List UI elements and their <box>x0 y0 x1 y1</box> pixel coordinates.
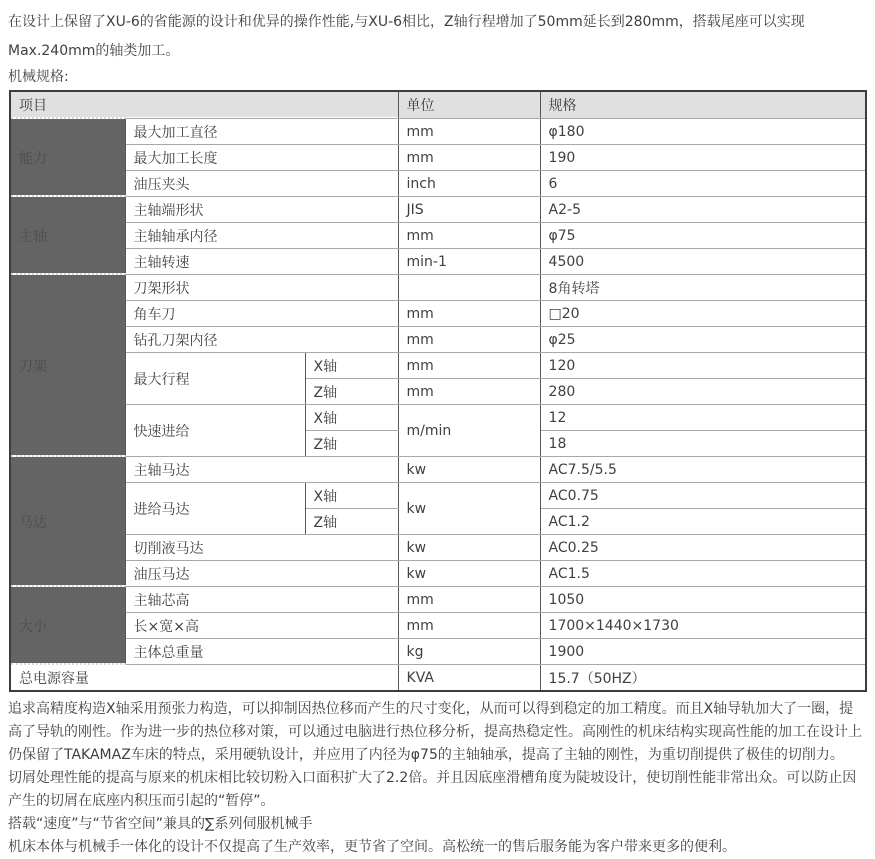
intro-paragraph: 在设计上保留了XU-6的省能源的设计和优异的操作性能,与XU-6相比，Z轴行程增… <box>8 8 867 66</box>
spec-cell: 1900 <box>540 638 866 664</box>
table-row: 刀架 刀架形状 8角转塔 <box>10 274 866 300</box>
table-row: 油压夹头 inch 6 <box>10 170 866 196</box>
spec-cell: 1050 <box>540 586 866 612</box>
unit-cell: kw <box>398 482 540 534</box>
item-cell: 主轴芯高 <box>125 586 398 612</box>
table-row: 角车刀 mm □20 <box>10 300 866 326</box>
table-row: 油压马达 kw AC1.5 <box>10 560 866 586</box>
header-item: 项目 <box>10 91 398 118</box>
chip-handling-paragraph: 切屑处理性能的提高与原来的机床相比较切粉入口面积扩大了2.2倍。并且因底座滑槽角… <box>8 767 867 813</box>
unit-cell: kw <box>398 560 540 586</box>
axis-cell: X轴 <box>305 482 398 508</box>
unit-cell: kw <box>398 456 540 482</box>
spec-cell: 190 <box>540 144 866 170</box>
spec-cell: φ25 <box>540 326 866 352</box>
item-cell: 主轴端形状 <box>125 196 398 222</box>
table-header-row: 项目 单位 规格 <box>10 91 866 118</box>
spec-cell: □20 <box>540 300 866 326</box>
axis-cell: Z轴 <box>305 508 398 534</box>
table-row: 主轴轴承内径 mm φ75 <box>10 222 866 248</box>
unit-cell <box>398 274 540 300</box>
item-cell: 切削液马达 <box>125 534 398 560</box>
item-cell: 主轴轴承内径 <box>125 222 398 248</box>
unit-cell: mm <box>398 612 540 638</box>
table-row: 最大行程 X轴 mm 120 <box>10 352 866 378</box>
item-cell: 油压夹头 <box>125 170 398 196</box>
item-cell: 进给马达 <box>125 482 305 534</box>
unit-cell: mm <box>398 352 540 378</box>
table-row: 主体总重量 kg 1900 <box>10 638 866 664</box>
spec-cell: 1700×1440×1730 <box>540 612 866 638</box>
axis-cell: X轴 <box>305 352 398 378</box>
group-cell-motor: 马达 <box>10 456 125 586</box>
unit-cell: KVA <box>398 664 540 691</box>
spec-cell: A2-5 <box>540 196 866 222</box>
table-row: 进给马达 X轴 kw AC0.75 <box>10 482 866 508</box>
spec-cell: 120 <box>540 352 866 378</box>
table-row: 总电源容量 KVA 15.7（50HZ） <box>10 664 866 691</box>
spec-cell: AC1.2 <box>540 508 866 534</box>
axis-cell: X轴 <box>305 404 398 430</box>
unit-cell: mm <box>398 144 540 170</box>
servo-loader-paragraph: 搭载“速度”与“节省空间”兼具的∑系列伺服机械手 <box>8 813 867 836</box>
axis-cell: Z轴 <box>305 430 398 456</box>
item-cell: 主轴马达 <box>125 456 398 482</box>
unit-cell: m/min <box>398 404 540 456</box>
group-cell-turret: 刀架 <box>10 274 125 456</box>
item-cell: 钻孔刀架内径 <box>125 326 398 352</box>
table-row: 快速进给 X轴 m/min 12 <box>10 404 866 430</box>
spec-cell: AC1.5 <box>540 560 866 586</box>
spec-page: 在设计上保留了XU-6的省能源的设计和优异的操作性能,与XU-6相比，Z轴行程增… <box>0 0 875 859</box>
unit-cell: kg <box>398 638 540 664</box>
group-cell-spindle: 主轴 <box>10 196 125 274</box>
unit-cell: mm <box>398 118 540 144</box>
axis-cell: Z轴 <box>305 378 398 404</box>
unit-cell: mm <box>398 222 540 248</box>
item-cell: 油压马达 <box>125 560 398 586</box>
precision-paragraph: 追求高精度构造X轴采用预张力构造，可以抑制因热位移而产生的尺寸变化，从而可以得到… <box>8 698 867 767</box>
machine-spec-table: 项目 单位 规格 能力 最大加工直径 mm φ180 最大加工长度 mm 190… <box>9 90 867 692</box>
group-cell-capability: 能力 <box>10 118 125 196</box>
spec-cell: 8角转塔 <box>540 274 866 300</box>
table-row: 最大加工长度 mm 190 <box>10 144 866 170</box>
item-cell: 最大加工长度 <box>125 144 398 170</box>
table-row: 能力 最大加工直径 mm φ180 <box>10 118 866 144</box>
header-unit: 单位 <box>398 91 540 118</box>
item-cell: 角车刀 <box>125 300 398 326</box>
table-row: 主轴 主轴端形状 JIS A2-5 <box>10 196 866 222</box>
table-row: 大小 主轴芯高 mm 1050 <box>10 586 866 612</box>
spec-cell: 12 <box>540 404 866 430</box>
unit-cell: mm <box>398 326 540 352</box>
item-cell: 总电源容量 <box>10 664 398 691</box>
item-cell: 主轴转速 <box>125 248 398 274</box>
item-cell: 刀架形状 <box>125 274 398 300</box>
item-cell: 长×宽×高 <box>125 612 398 638</box>
table-label: 机械规格: <box>8 66 867 88</box>
integration-paragraph: 机床本体与机械手一体化的设计不仅提高了生产效率，更节省了空间。高松统一的售后服务… <box>8 836 867 859</box>
item-cell: 最大行程 <box>125 352 305 404</box>
spec-cell: 280 <box>540 378 866 404</box>
header-spec: 规格 <box>540 91 866 118</box>
unit-cell: kw <box>398 534 540 560</box>
item-cell: 快速进给 <box>125 404 305 456</box>
spec-cell: 15.7（50HZ） <box>540 664 866 691</box>
spec-cell: 6 <box>540 170 866 196</box>
group-cell-size: 大小 <box>10 586 125 664</box>
spec-cell: 4500 <box>540 248 866 274</box>
table-row: 长×宽×高 mm 1700×1440×1730 <box>10 612 866 638</box>
spec-cell: φ180 <box>540 118 866 144</box>
spec-cell: AC0.25 <box>540 534 866 560</box>
unit-cell: mm <box>398 378 540 404</box>
table-row: 主轴转速 min-1 4500 <box>10 248 866 274</box>
unit-cell: mm <box>398 586 540 612</box>
spec-cell: φ75 <box>540 222 866 248</box>
unit-cell: min-1 <box>398 248 540 274</box>
spec-cell: AC0.75 <box>540 482 866 508</box>
spec-cell: AC7.5/5.5 <box>540 456 866 482</box>
item-cell: 最大加工直径 <box>125 118 398 144</box>
table-row: 马达 主轴马达 kw AC7.5/5.5 <box>10 456 866 482</box>
table-row: 切削液马达 kw AC0.25 <box>10 534 866 560</box>
spec-cell: 18 <box>540 430 866 456</box>
unit-cell: inch <box>398 170 540 196</box>
item-cell: 主体总重量 <box>125 638 398 664</box>
table-row: 钻孔刀架内径 mm φ25 <box>10 326 866 352</box>
unit-cell: mm <box>398 300 540 326</box>
unit-cell: JIS <box>398 196 540 222</box>
